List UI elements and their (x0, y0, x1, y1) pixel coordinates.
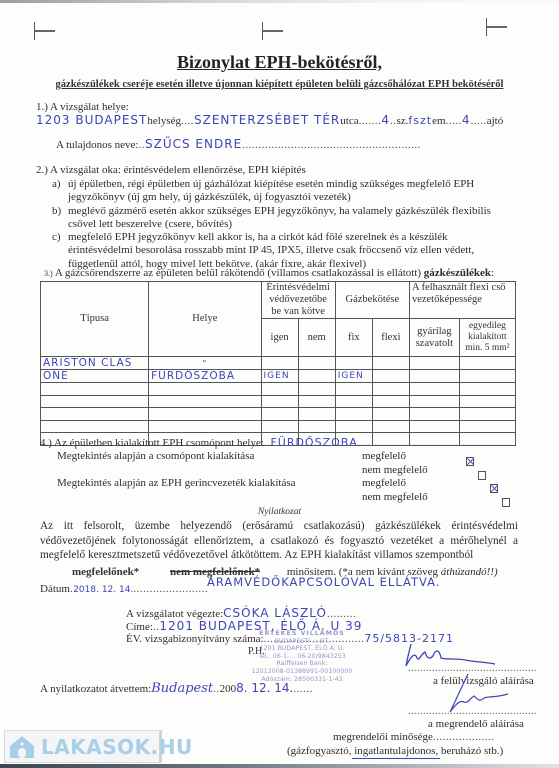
lakasok-watermark: LAKASOK.HU (4, 730, 162, 763)
company-stamp: ÉRTÉKES VILLAMOS BUDAPESTI ... BT. 1201 … (222, 630, 382, 683)
section1-label: 1.) A vizsgálat helye: (36, 101, 129, 113)
cell-factory[interactable] (409, 408, 459, 421)
customer-quality-line: megrendelői minősége................... (333, 731, 495, 743)
cell-location[interactable] (149, 383, 261, 396)
cell-no[interactable] (298, 408, 335, 421)
section2-list: a)új épületben, régi épületben új gázhál… (52, 178, 512, 271)
location-line: 1203 BUDAPESThelység....SZENTERZSÉBET TÉ… (36, 113, 503, 127)
col-header-fix: fix (335, 319, 372, 357)
table-row (41, 408, 516, 421)
customer-signature-line: ........................................… (408, 706, 537, 717)
owner-label: A tulajdonos neve: (56, 139, 139, 151)
section2-label: 2.) A vizsgálat oka: érintésvédelem elle… (36, 164, 306, 176)
cell-custom[interactable] (459, 383, 515, 396)
reason-item-b: b)meglévő gázmérő esetén akkor szükséges… (52, 205, 512, 232)
col-header-custom: egyedileg kialakított min. 5 mm² (459, 319, 515, 357)
cell-factory[interactable] (409, 357, 459, 370)
declaration-text: Az itt felsorolt, üzembe helyezendő (erő… (40, 519, 518, 563)
cell-custom[interactable] (459, 370, 515, 383)
locality-label: helység (147, 115, 181, 127)
receipt-place-value[interactable]: Budapest (151, 681, 213, 696)
cell-flexi[interactable] (372, 383, 409, 396)
owner-value[interactable]: SZŰCS ENDRE (145, 137, 242, 151)
receipt-label: A nyilatkozatot átvettem: (40, 683, 151, 695)
cell-type[interactable]: ONE (41, 370, 149, 383)
underline-mark (352, 758, 440, 759)
declaration-heading: Nyilatkozat (0, 507, 559, 517)
col-header-flexi: A felhasznált flexi cső vezetőképessége (409, 282, 515, 319)
cell-factory[interactable] (409, 370, 459, 383)
cell-custom[interactable] (459, 420, 515, 433)
customer-quality-label: megrendelői minősége (333, 731, 433, 743)
cell-no[interactable] (298, 383, 335, 396)
checkbox-backbone-ok[interactable] (490, 484, 498, 493)
cell-location[interactable]: FÜRDŐSZOBA (149, 370, 261, 383)
cell-no[interactable] (298, 370, 335, 383)
col-header-gas-connection: Gázbekötése (335, 282, 409, 319)
customer-quality-options: (gázfogyasztó, ingatlantulajdonos, beruh… (287, 745, 503, 757)
col-header-location: Helye (149, 282, 261, 357)
binder-mark-icon (262, 22, 284, 40)
cell-type[interactable] (41, 383, 149, 396)
cell-custom[interactable] (459, 408, 515, 421)
cell-location[interactable] (149, 420, 261, 433)
binder-mark-icon (34, 22, 56, 40)
house-number-label: sz. (396, 115, 408, 127)
handwritten-note[interactable]: ÁRAMVÉDŐKAPCSOLÓVAL ELLÁTVA. (207, 575, 440, 589)
cell-no[interactable] (298, 395, 335, 408)
door-label: ajtó (487, 115, 504, 127)
date-line: Dátum.2018. 12. 14......................… (40, 583, 208, 595)
cell-fix[interactable] (335, 357, 372, 370)
option-backbone-ok: megfelelő (362, 477, 406, 489)
scan-top-edge (0, 0, 559, 3)
cell-type[interactable] (41, 420, 149, 433)
rating-strike-note: áthúzandó!!) (441, 566, 498, 578)
cell-type[interactable] (41, 395, 149, 408)
cell-flexi[interactable] (372, 357, 409, 370)
street-label: utca (340, 115, 358, 127)
cell-fix[interactable] (335, 408, 372, 421)
option-backbone-not-ok: nem megfelelő (362, 491, 428, 503)
document-title: Bizonylat EPH-bekötésről, (0, 52, 559, 73)
cell-flexi[interactable] (372, 395, 409, 408)
cell-yes[interactable] (261, 357, 298, 370)
cell-no[interactable] (298, 357, 335, 370)
col-header-yes: igen (261, 319, 298, 357)
cell-type[interactable]: ARISTON CLAS (41, 357, 149, 370)
cell-no[interactable] (298, 420, 335, 433)
col-header-no: nem (298, 319, 335, 357)
table-row: ONE FÜRDŐSZOBA IGEN IGEN (41, 370, 516, 383)
col-header-protection: Érintésvédelmi védővezetőbe be van kötve (261, 282, 335, 319)
customer-signature-label: a megrendelő aláírása (428, 718, 524, 730)
cell-factory[interactable] (409, 395, 459, 408)
option-node-not-ok: nem megfelelő (362, 464, 428, 476)
date-label: Dátum (40, 583, 70, 595)
table-row: ARISTON CLAS " (41, 357, 516, 370)
house-icon (9, 735, 35, 759)
checkbox-node-not-ok[interactable] (478, 471, 486, 480)
cell-location[interactable]: " (149, 357, 261, 370)
table-row (41, 420, 516, 433)
cell-type[interactable] (41, 408, 149, 421)
receipt-year-prefix: 200 (220, 683, 237, 695)
cell-custom[interactable] (459, 395, 515, 408)
cell-fix[interactable] (335, 383, 372, 396)
cell-fix[interactable] (335, 395, 372, 408)
cell-flexi[interactable] (372, 420, 409, 433)
owner-line: A tulajdonos neve:..SZŰCS ENDRE.........… (56, 137, 421, 151)
cell-yes[interactable] (261, 420, 298, 433)
cell-fix[interactable]: IGEN (335, 370, 372, 383)
cell-location[interactable] (149, 408, 261, 421)
check-backbone-label: Megtekintés alapján az EPH gerincvezeték… (57, 477, 296, 489)
col-header-factory: gyárilag szavatolt (409, 319, 459, 357)
receipt-line: A nyilatkozatot átvettem:Budapest..2008.… (40, 681, 313, 696)
binder-mark-icon (486, 18, 508, 36)
table-row (41, 383, 516, 396)
section4-label: 4.) Az épületben kialakított EPH csomópo… (40, 437, 264, 449)
cell-yes[interactable] (261, 383, 298, 396)
section4-location-line: 4.) Az épületben kialakított EPH csomópo… (40, 436, 511, 449)
option-node-ok: megfelelő (362, 450, 406, 462)
inspector-name-value[interactable]: CSÓKA LÁSZLÓ (223, 606, 327, 620)
cell-factory[interactable] (409, 420, 459, 433)
cell-custom[interactable] (459, 357, 515, 370)
cell-fix[interactable] (335, 420, 372, 433)
checkbox-backbone-not-ok[interactable] (502, 498, 510, 507)
cell-yes[interactable] (261, 408, 298, 421)
cell-flexi[interactable] (372, 370, 409, 383)
document-subtitle: gázkészülékek cseréje esetén illetve újo… (0, 79, 559, 90)
street-value[interactable]: SZENTERZSÉBET TÉR (194, 113, 340, 127)
table-row (41, 395, 516, 408)
cell-factory[interactable] (409, 383, 459, 396)
locality-value[interactable]: 1203 BUDAPEST (36, 113, 147, 127)
eph-node-location-value[interactable]: FÜRDŐSZOBA (270, 436, 357, 449)
cell-yes[interactable] (261, 395, 298, 408)
appliance-table: Típusa Helye Érintésvédelmi védővezetőbe… (40, 281, 516, 446)
check-node-label: Megtekintés alapján a csomópont kialakít… (57, 450, 254, 462)
checkbox-node-ok[interactable] (466, 457, 474, 466)
scan-bottom-edge (0, 764, 559, 768)
watermark-text: LAKASOK.HU (41, 735, 193, 759)
date-value[interactable]: 2018. 12. 14. (73, 585, 133, 595)
col-header-flexi-conn: flexi (372, 319, 409, 357)
receipt-date-value[interactable]: 8. 12. 14. (236, 681, 293, 695)
cell-yes[interactable]: IGEN (261, 370, 298, 383)
floor-label: em (432, 115, 445, 127)
cell-flexi[interactable] (372, 408, 409, 421)
col-header-type: Típusa (41, 282, 149, 357)
option-suitable[interactable]: megfelelőnek* (72, 566, 139, 578)
reason-item-a: a)új épületben, régi épületben új gázhál… (52, 178, 512, 205)
reason-item-c: c)megfelelő EPH jegyzőkönyv kell akkor i… (52, 231, 512, 271)
house-number-value[interactable]: 4 (381, 113, 390, 127)
floor-value[interactable]: fszt (408, 114, 432, 127)
section3-label: 3.) A gázcsőrendszerre az épületen belül… (44, 267, 494, 279)
inspector-name-line: A vizsgálatot végezte:CSÓKA LÁSZLÓ......… (126, 606, 356, 620)
cell-location[interactable] (149, 395, 261, 408)
